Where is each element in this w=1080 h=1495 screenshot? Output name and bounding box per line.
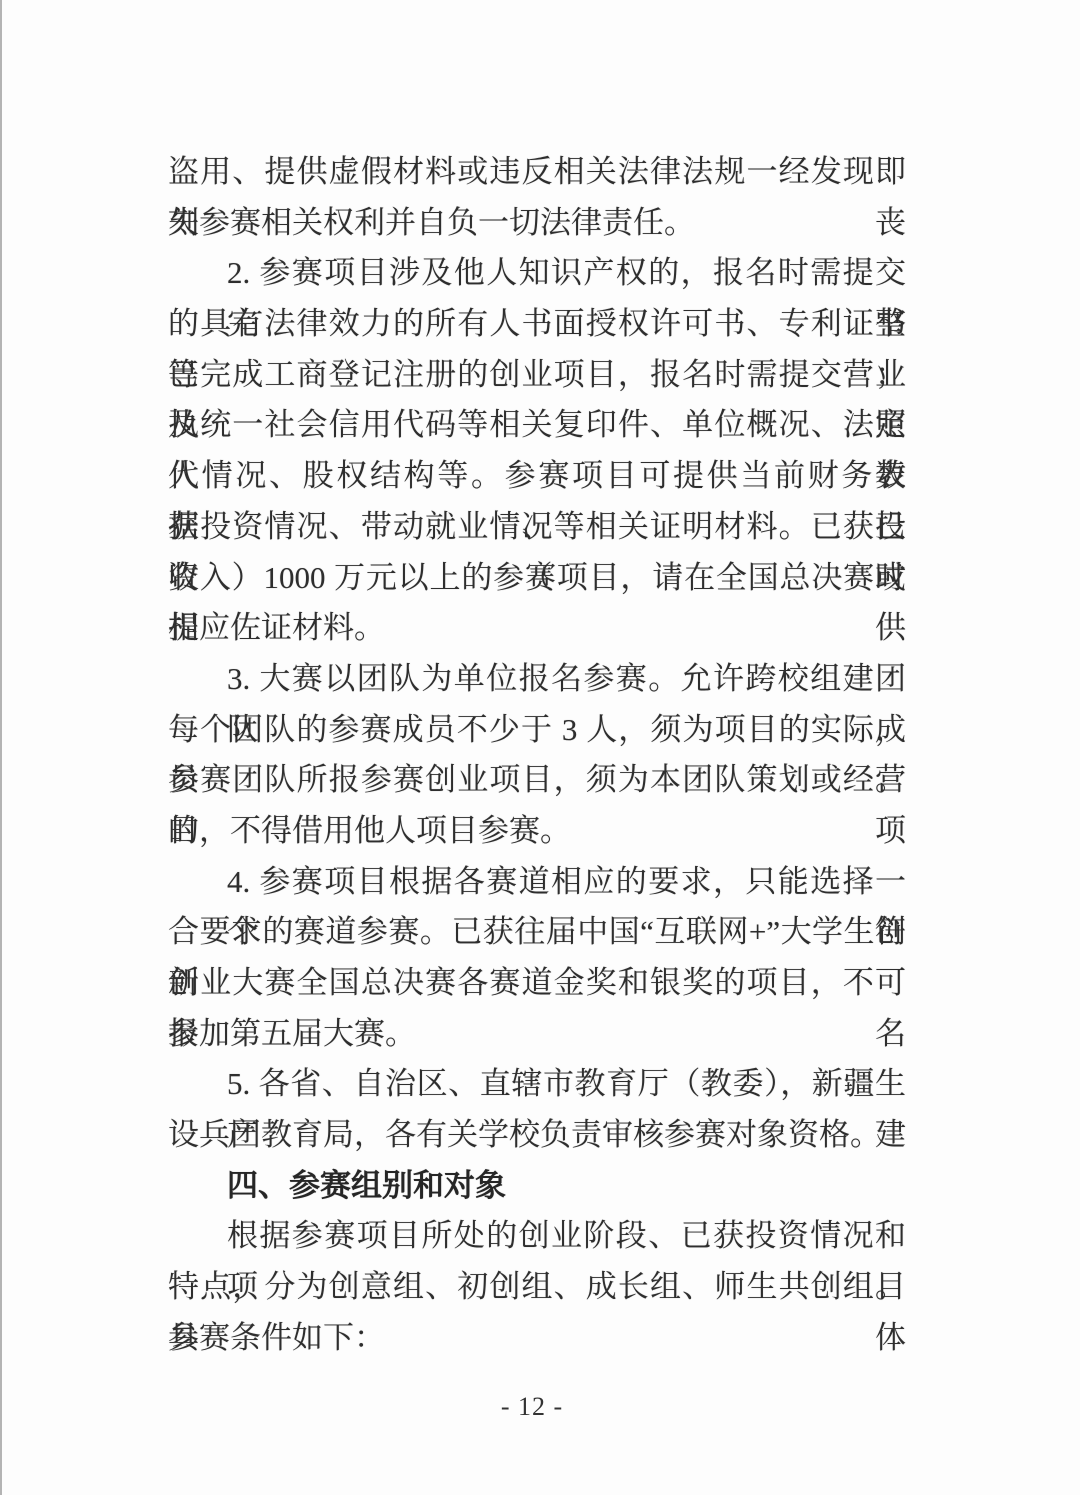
text-line: 5. 各省、自治区、直辖市教育厅（教委），新疆生产建 [168, 1059, 906, 1110]
text-line: 已完成工商登记注册的创业项目，报名时需提交营业执照 [168, 350, 906, 401]
text-line: 设兵团教育局，各有关学校负责审核参赛对象资格。 [168, 1110, 906, 1161]
text-line: 创业大赛全国总决赛各赛道金奖和银奖的项目，不可报名 [168, 958, 906, 1009]
scan-edge-line [0, 0, 2, 1495]
text-line: 及统一社会信用代码等相关复印件、单位概况、法定代表 [168, 400, 906, 451]
text-line: 参赛团队所报参赛创业项目，须为本团队策划或经营的项 [168, 755, 906, 806]
text-line: 每个团队的参赛成员不少于 3 人，须为项目的实际成员。 [168, 705, 906, 756]
text-line: 收入）1000 万元以上的参赛项目，请在全国总决赛时提供 [168, 553, 906, 604]
text-line: 的具有法律效力的所有人书面授权许可书、专利证书等； [168, 299, 906, 350]
text-line: 2. 参赛项目涉及他人知识产权的，报名时需提交完整 [168, 248, 906, 299]
text-line: 盗用、提供虚假材料或违反相关法律法规一经发现即刻丧 [168, 147, 906, 198]
text-line: 4. 参赛项目根据各赛道相应的要求，只能选择一个符 [168, 857, 906, 908]
section-heading: 四、参赛组别和对象 [168, 1161, 906, 1212]
text-line: 3. 大赛以团队为单位报名参赛。允许跨校组建团队， [168, 654, 906, 705]
document-page: 盗用、提供虚假材料或违反相关法律法规一经发现即刻丧 失参赛相关权利并自负一切法律… [0, 0, 1080, 1495]
text-line: 根据参赛项目所处的创业阶段、已获投资情况和项目 [168, 1211, 906, 1262]
text-line: 人情况、股权结构等。参赛项目可提供当前财务数据、已 [168, 451, 906, 502]
text-line: 获投资情况、带动就业情况等相关证明材料。已获投资（或 [168, 502, 906, 553]
page-body: 盗用、提供虚假材料或违反相关法律法规一经发现即刻丧 失参赛相关权利并自负一切法律… [168, 147, 906, 1364]
text-line: 合要求的赛道参赛。已获往届中国“互联网+”大学生创新 [168, 907, 906, 958]
page-number: - 12 - [0, 1392, 1064, 1422]
text-line: 特点，分为创意组、初创组、成长组、师生共创组。具体 [168, 1262, 906, 1313]
